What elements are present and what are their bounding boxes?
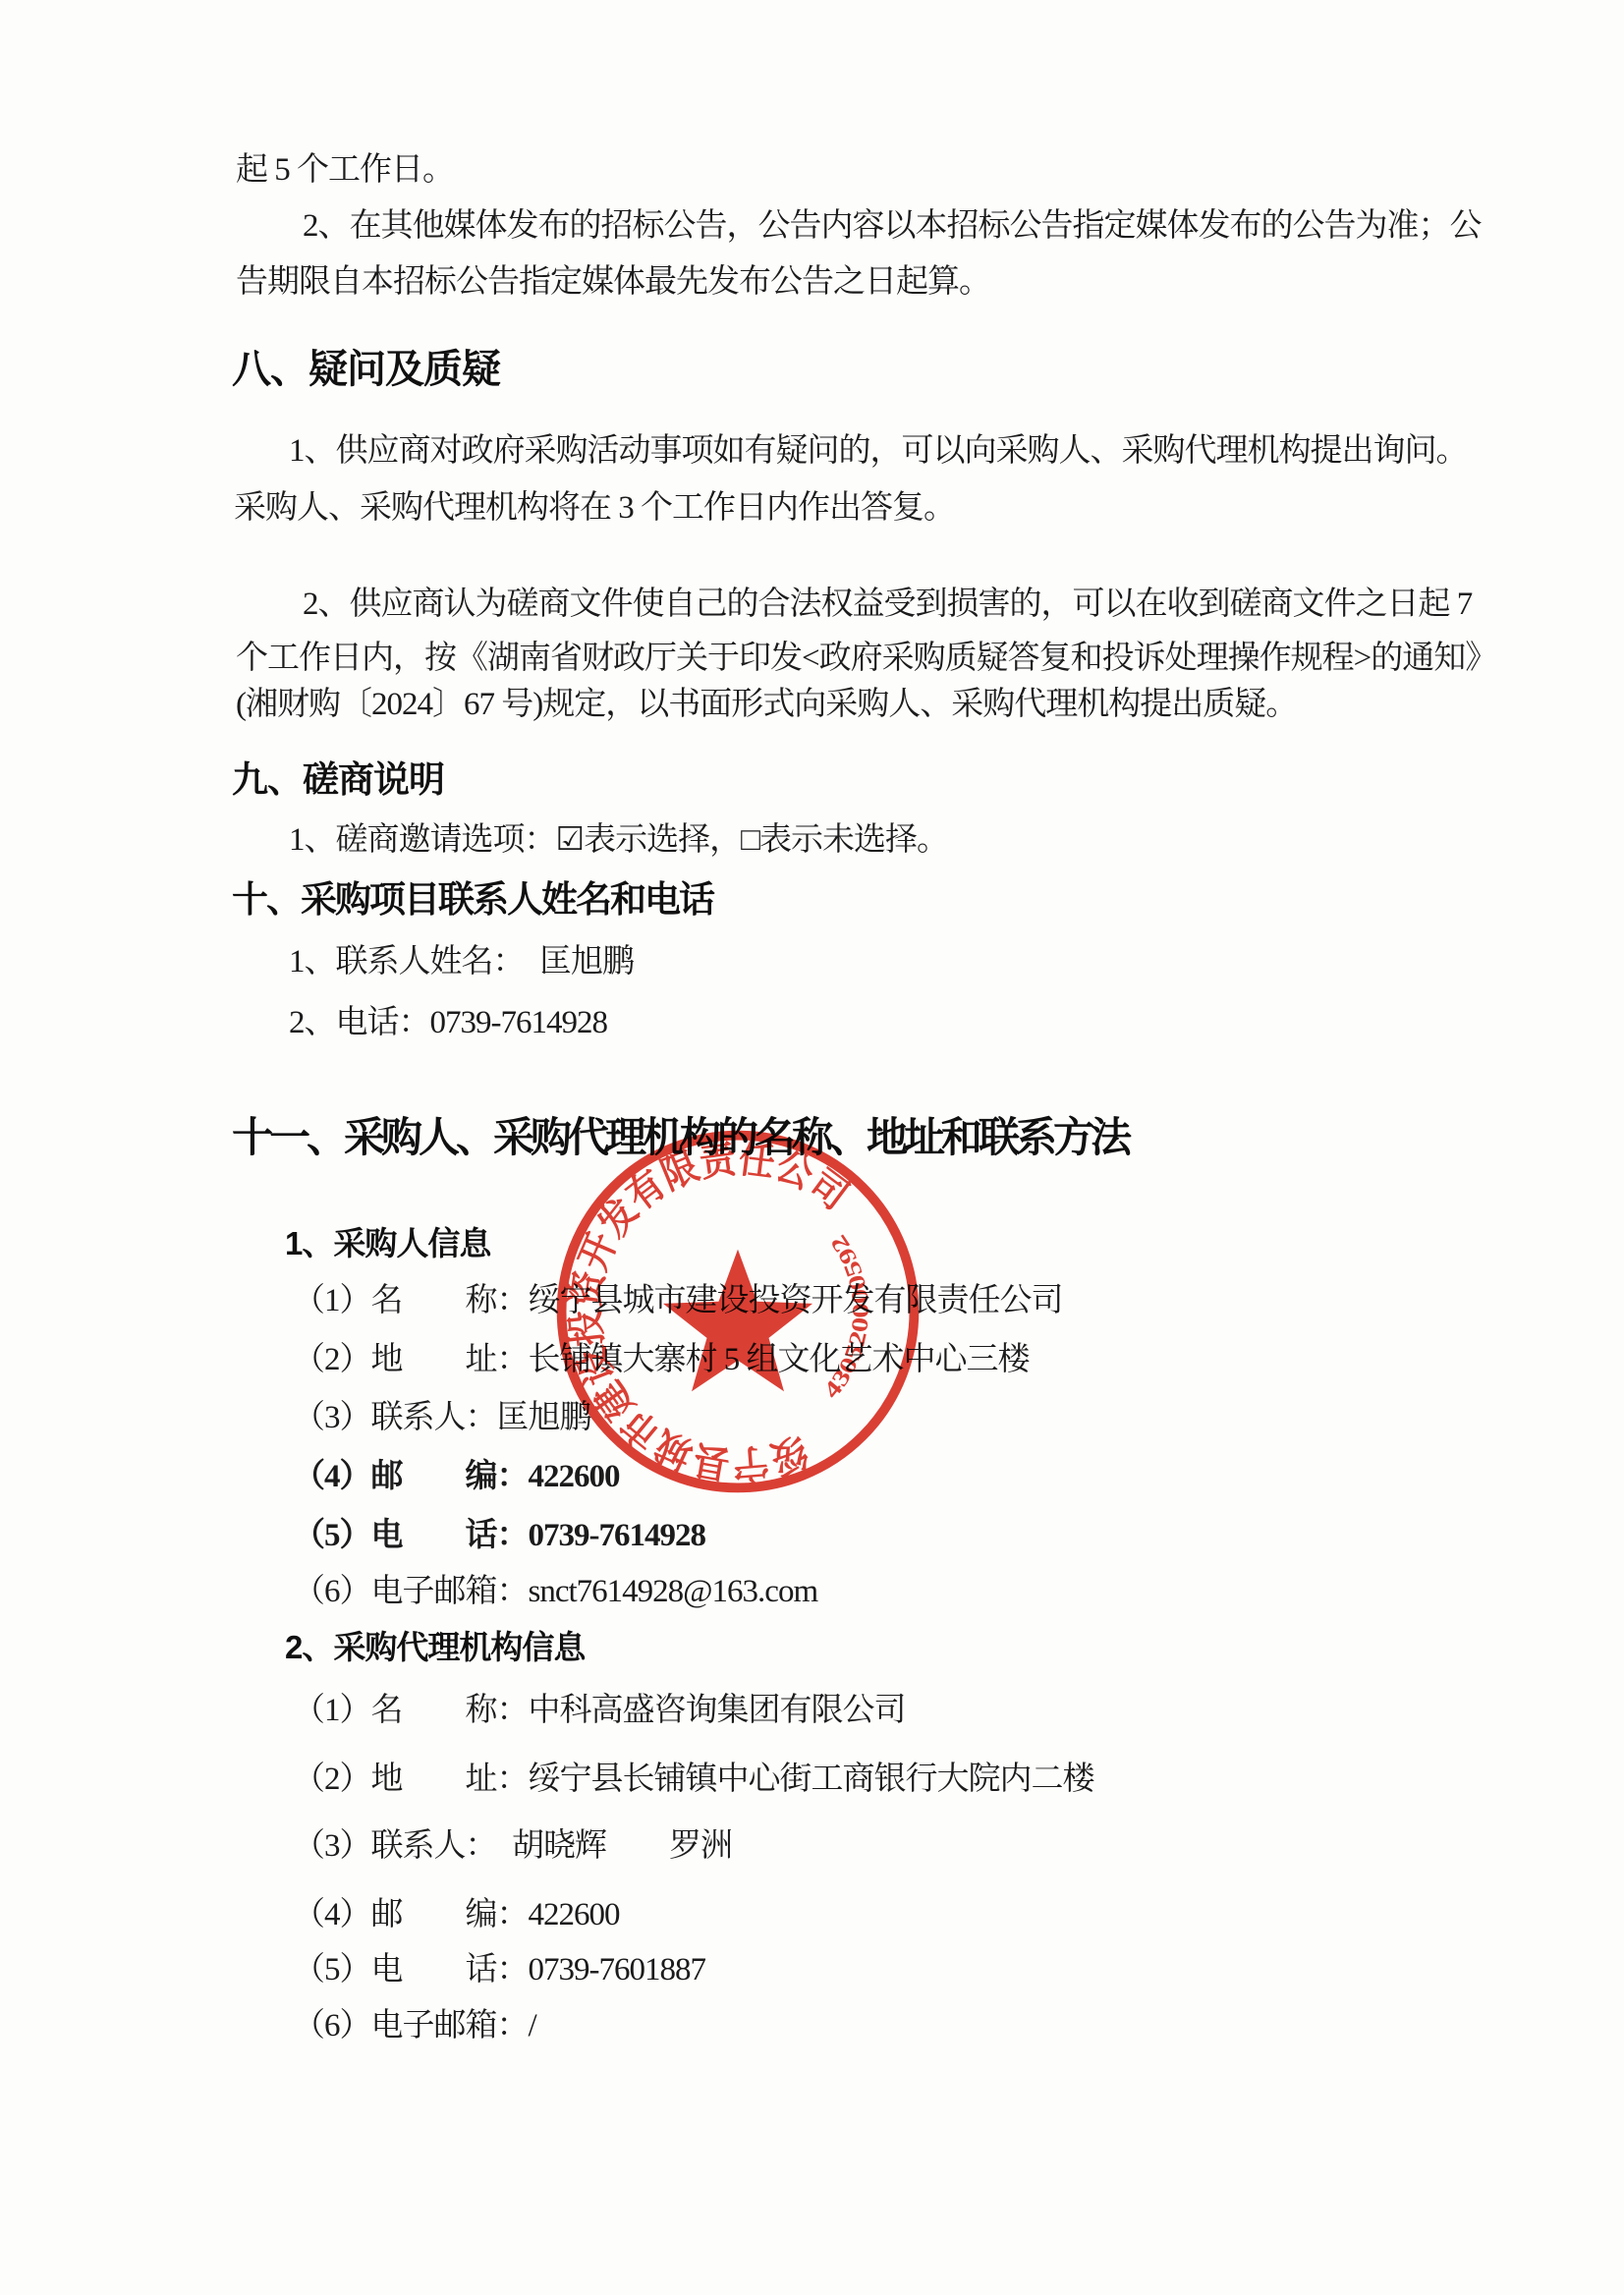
section-9-item-1: 1、磋商邀请选项：☑表示选择，□表示未选择。 [289, 821, 948, 861]
section-10-heading: 十、采购项目联系人姓名和电话 [232, 878, 713, 922]
section-10-item-2: 2、电话：0739-7614928 [289, 1004, 607, 1043]
section-9-heading: 九、磋商说明 [232, 758, 444, 802]
purchaser-postcode-line: （4）邮 编：422600 [293, 1458, 620, 1497]
section-8-para-2-line-2: 个工作日内，按《湖南省财政厅关于印发<政府采购质疑答复和投诉处理操作规程>的通知… [236, 640, 1496, 679]
section-8-para-1-line-2: 采购人、采购代理机构将在 3 个工作日内作出答复。 [234, 489, 955, 529]
purchaser-name-line: （1）名 称：绥宁县城市建设投资开发有限责任公司 [293, 1282, 1063, 1321]
purchaser-email-line: （6）电子邮箱：snct7614928@163.com [293, 1573, 817, 1612]
purchaser-address-line: （2）地 址：长铺镇大寨村 5 组文化艺术中心三楼 [293, 1341, 1030, 1380]
agency-address-line: （2）地 址：绥宁县长铺镇中心街工商银行大院内二楼 [293, 1761, 1094, 1800]
section-8-para-2-line-3: (湘财购〔2024〕67 号)规定，以书面形式向采购人、采购代理机构提出质疑。 [236, 686, 1297, 725]
purchaser-contact-line: （3）联系人：匡旭鹏 [293, 1399, 591, 1438]
section-8-heading: 八、疑问及质疑 [232, 346, 500, 393]
agency-name-line: （1）名 称：中科高盛咨询集团有限公司 [293, 1692, 906, 1731]
top-paragraph-line-2: 2、在其他媒体发布的招标公告，公告内容以本招标公告指定媒体发布的公告为准；公 [303, 207, 1482, 247]
section-11-heading: 十一、采购人、采购代理机构的名称、地址和联系方法 [232, 1113, 1128, 1162]
section-10-item-1: 1、联系人姓名： 匡旭鹏 [289, 943, 634, 982]
section-8-para-1-line-1: 1、供应商对政府采购活动事项如有疑问的，可以向采购人、采购代理机构提出询问。 [289, 432, 1468, 472]
agency-info-heading: 2、采购代理机构信息 [285, 1628, 585, 1667]
document-page: 起 5 个工作日。 2、在其他媒体发布的招标公告，公告内容以本招标公告指定媒体发… [0, 0, 1624, 2295]
agency-contact-line: （3）联系人： 胡晓辉 罗洲 [293, 1827, 732, 1867]
section-8-para-2-line-1: 2、供应商认为磋商文件使自己的合法权益受到损害的，可以在收到磋商文件之日起 7 [303, 586, 1472, 625]
agency-phone-line: （5）电 话：0739-7601887 [293, 1951, 705, 1990]
agency-email-line: （6）电子邮箱：/ [293, 2007, 536, 2046]
purchaser-info-heading: 1、采购人信息 [285, 1224, 490, 1263]
top-paragraph-line-1: 起 5 个工作日。 [236, 151, 454, 191]
purchaser-phone-line: （5）电 话：0739-7614928 [293, 1517, 705, 1556]
agency-postcode-line: （4）邮 编：422600 [293, 1896, 620, 1935]
top-paragraph-line-3: 告期限自本招标公告指定媒体最先发布公告之日起算。 [236, 263, 990, 303]
